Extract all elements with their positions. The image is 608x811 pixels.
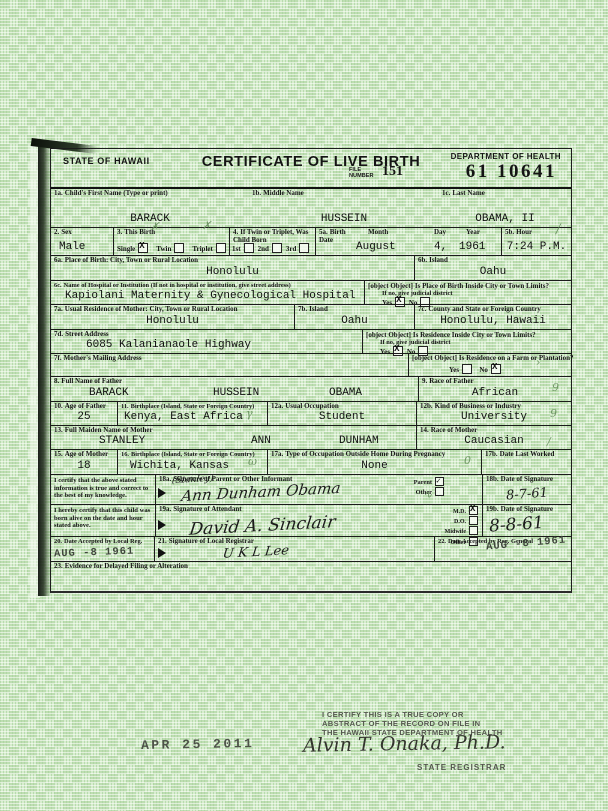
field-label: 10.Age of Father: [54, 403, 116, 411]
birth-month: August: [356, 241, 396, 253]
field-value: Honolulu, Hawaii: [415, 315, 571, 327]
field-label: 16.Birthplace (Island, State or Foreign …: [121, 451, 266, 459]
field-label: 9.Race of Father: [422, 378, 570, 386]
local-registrar-signature: U K L Lee: [222, 543, 290, 561]
field-label: 11.Birthplace (Island, State or Foreign …: [121, 403, 266, 411]
checkbox-2nd: [272, 243, 282, 253]
field-label: 6b.Island: [418, 257, 570, 265]
field-label: 6c.Name of Hospital or Institution (If n…: [54, 282, 363, 290]
field-parent-signature: 18a.Signature of Parent or Other Informa…: [155, 475, 482, 504]
field-hour: 5b.Hour 7:24 P.M.: [501, 228, 571, 255]
file-number-label: FILE NUMBER: [349, 167, 374, 179]
field-twin-order: 4.If Twin or Triplet, Was Child Born 1st…: [229, 228, 315, 255]
birth-day: 4,: [434, 241, 447, 253]
file-number-value: 151: [382, 164, 403, 180]
checkbox-md: X: [469, 506, 478, 515]
field-mailing-address: 7f.Mother's Mailing Address: [51, 354, 408, 376]
field-value: Male: [51, 241, 113, 253]
row-delayed-filing: 23.Evidence for Delayed Filing or Altera…: [51, 561, 571, 591]
pen-mark: 9: [552, 381, 559, 394]
certificate-header: STATE OF HAWAII CERTIFICATE OF LIVE BIRT…: [51, 149, 571, 187]
certificate-number: 61 10641: [466, 161, 557, 183]
field-city-limits-birth: [object Object]Is Place of Birth Inside …: [364, 281, 571, 304]
field-label: 1b.Middle Name: [252, 190, 438, 198]
father-last: OBAMA: [329, 387, 362, 399]
checkbox-twin: [174, 243, 184, 253]
row-mother-details: 15.Age of Mother 18 16.Birthplace (Islan…: [51, 449, 571, 474]
field-value: Student: [268, 411, 416, 423]
checkbox-single: X: [138, 243, 148, 253]
field-father-industry: 12b.Kind of Business or Industry Univers…: [416, 402, 571, 425]
mother-first: STANLEY: [99, 435, 145, 447]
field-value: Wichita, Kansas: [118, 460, 267, 472]
field-label: 1c.Last Name: [442, 190, 570, 198]
field-value: Honolulu: [51, 315, 294, 327]
twin-order-options: 1st2nd3rd: [232, 243, 311, 253]
checkbox-other: [435, 487, 444, 496]
header-cell: STATE OF HAWAII CERTIFICATE OF LIVE BIRT…: [51, 149, 571, 187]
field-label: 1a.Child's First Name (Type or print): [54, 190, 248, 198]
checkbox-1st: [244, 243, 254, 253]
pen-mark: /: [547, 435, 551, 448]
row-mother-residence: 7a.Usual Residence of Mother: City, Town…: [51, 304, 571, 329]
row-mailing-address: 7f.Mother's Mailing Address [object Obje…: [51, 353, 571, 376]
field-value: OBAMA, II: [439, 213, 571, 225]
arrow-marker: [158, 520, 166, 530]
field-mother-name: 13.Full Maiden Name of Mother STANLEY AN…: [51, 426, 416, 449]
field-island: 6b.Island Oahu: [414, 256, 571, 280]
field-mother-residence: 7a.Usual Residence of Mother: City, Town…: [51, 305, 294, 329]
field-sex: 2.Sex Male: [51, 228, 113, 255]
field-this-birth: 3.This Birth SingleXTwinTriplet: [113, 228, 229, 255]
field-label: 17b.Date Last Worked: [485, 451, 570, 459]
mother-last: DUNHAM: [339, 435, 379, 447]
checkbox-triplet: [216, 243, 226, 253]
field-label: 3.This Birth: [117, 229, 228, 237]
field-father-birthplace: 11.Birthplace (Island, State or Foreign …: [117, 402, 267, 425]
field-birth-date: 5a.Birth Date Month Day Year August 4, 1…: [315, 228, 501, 255]
pen-mark: γ: [246, 407, 253, 420]
field-value: 8-8-61: [482, 511, 571, 537]
pen-mark: 0: [464, 454, 471, 467]
field-value: 8-7-61: [483, 484, 572, 505]
received-date-stamp: APR 25 2011: [141, 736, 255, 753]
row-street-address: 7d.Street Address 6085 Kalanianaole High…: [51, 329, 571, 353]
pen-mark: ›: [536, 356, 540, 369]
field-father-name: 8.Full Name of Father BARACK HUSSEIN OBA…: [51, 377, 418, 401]
arrow-marker: [158, 548, 166, 558]
field-label: 20.Date Accepted by Local Reg.: [54, 538, 153, 546]
field-attendant-signature-date: 19b.Date of Signature 8-8-61: [482, 505, 571, 536]
field-label: 6a.Place of Birth: City, Town or Rural L…: [54, 257, 413, 265]
field-label: 2.Sex: [54, 229, 112, 237]
signature-overwrite: (Stanley): [171, 474, 214, 486]
state-registrar-title: STATE REGISTRAR: [417, 763, 506, 772]
field-sublabel: If no, give judicial district: [380, 339, 568, 346]
field-sublabel: If no, give judicial district: [382, 290, 568, 297]
field-father-age: 10.Age of Father 25: [51, 402, 117, 425]
field-reg-general-date: 22.Date Accepted by Reg. General AUG -8 …: [434, 537, 571, 561]
field-label: 7a.Usual Residence of Mother: City, Town…: [54, 306, 293, 314]
row-hospital: 6c.Name of Hospital or Institution (If n…: [51, 280, 571, 304]
field-date-last-worked: 17b.Date Last Worked: [481, 450, 571, 474]
field-value: None: [268, 460, 481, 472]
this-birth-options: SingleXTwinTriplet: [117, 243, 234, 253]
row-father-name: 8.Full Name of Father BARACK HUSSEIN OBA…: [51, 376, 571, 401]
pen-mark: ✗: [150, 220, 159, 233]
certify-statement-attendant: I hereby certify that this child was bor…: [51, 505, 155, 536]
field-delayed-filing: 23.Evidence for Delayed Filing or Altera…: [51, 562, 571, 591]
field-label: 5a.Birth Date: [319, 229, 349, 244]
field-label: 8.Full Name of Father: [54, 378, 417, 386]
field-value: 18: [51, 460, 117, 472]
field-value: Kenya, East Africa: [118, 411, 267, 423]
field-value: African: [419, 387, 571, 399]
field-label: 7b.Island: [298, 306, 413, 314]
field-label: 14.Race of Mother: [420, 427, 570, 435]
field-hospital: 6c.Name of Hospital or Institution (If n…: [51, 281, 364, 304]
row-father-details: 10.Age of Father 25 11.Birthplace (Islan…: [51, 401, 571, 425]
field-county-state: 7c.County and State or Foreign Country H…: [414, 305, 571, 329]
field-label: 7d.Street Address: [54, 331, 361, 339]
field-city-limits-residence: [object Object]Is Residence Inside City …: [362, 330, 571, 353]
birth-year: 1961: [459, 241, 485, 253]
field-value: Honolulu: [51, 266, 414, 278]
checkbox-yes: [462, 364, 472, 374]
checkbox-no: X: [491, 364, 501, 374]
pen-mark: ✗: [202, 219, 211, 232]
year-label: Year: [466, 229, 500, 237]
field-mother-occupation: 17a.Type of Occupation Outside Home Duri…: [267, 450, 481, 474]
checkbox-parent: ✓: [435, 477, 444, 486]
mother-middle: ANN: [251, 435, 271, 447]
row-mother-name: 13.Full Maiden Name of Mother STANLEY AN…: [51, 425, 571, 449]
field-label: 18b.Date of Signature: [486, 476, 570, 484]
field-value: 7:24 P.M.: [502, 241, 571, 253]
certify-text: I hereby certify that this child was bor…: [51, 505, 155, 532]
field-value: Oahu: [415, 266, 571, 278]
row-sex-birthdate: 2.Sex Male 3.This Birth SingleXTwinTripl…: [51, 227, 571, 255]
checkbox-do: [469, 516, 478, 525]
pen-mark: ∿: [423, 488, 432, 501]
field-middle-name: 1b.Middle Name HUSSEIN: [249, 189, 439, 227]
row-attendant-signature: I hereby certify that this child was bor…: [51, 504, 571, 536]
field-label: 21.Signature of Local Registrar: [158, 538, 433, 546]
field-value: Oahu: [295, 315, 414, 327]
field-label: 15.Age of Mother: [54, 451, 116, 459]
field-label: 17a.Type of Occupation Outside Home Duri…: [271, 451, 480, 459]
field-mother-age: 15.Age of Mother 18: [51, 450, 117, 474]
field-label: 12a.Usual Occupation: [271, 403, 415, 411]
field-local-registrar-signature: 21.Signature of Local Registrar U K L Le…: [154, 537, 434, 561]
state-registrar-signature: Alvin T. Onaka, Ph.D.: [303, 731, 506, 757]
certificate-form: STATE OF HAWAII CERTIFICATE OF LIVE BIRT…: [50, 148, 572, 593]
row-registrar: 20.Date Accepted by Local Reg. AUG -8 19…: [51, 536, 571, 561]
field-label: 4.If Twin or Triplet, Was Child Born: [233, 229, 314, 244]
row-place-of-birth: 6a.Place of Birth: City, Town or Rural L…: [51, 255, 571, 280]
field-local-reg-date: 20.Date Accepted by Local Reg. AUG -8 19…: [51, 537, 154, 561]
field-father-occupation: 12a.Usual Occupation Student: [267, 402, 416, 425]
field-label: 7c.County and State or Foreign Country: [418, 306, 570, 314]
father-middle: HUSSEIN: [213, 387, 259, 399]
field-value: 6085 Kalanianaole Highway: [51, 339, 362, 351]
field-place-of-birth: 6a.Place of Birth: City, Town or Rural L…: [51, 256, 414, 280]
field-value: 25: [51, 411, 117, 423]
date-stamp-local: AUG -8 1961: [54, 546, 135, 561]
field-label: 12b.Kind of Business or Industry: [420, 403, 570, 411]
field-farm-plantation: [object Object]Is Residence on a Farm or…: [408, 354, 571, 376]
father-first: BARACK: [89, 387, 129, 399]
pen-mark: 9: [550, 407, 557, 420]
field-label: 23.Evidence for Delayed Filing or Altera…: [54, 563, 570, 571]
field-attendant-signature: 19a.Signature of Attendant David A. Sinc…: [155, 505, 482, 536]
row-child-name: 1a.Child's First Name (Type or print) BA…: [51, 187, 571, 227]
department-name: DEPARTMENT OF HEALTH: [451, 152, 561, 161]
field-value: University: [417, 411, 571, 423]
field-last-name: 1c.Last Name OBAMA, II: [439, 189, 571, 227]
checkbox-midwife: [469, 526, 478, 535]
arrow-marker: [158, 488, 166, 498]
field-mother-birthplace: 16.Birthplace (Island, State or Foreign …: [117, 450, 267, 474]
field-value: HUSSEIN: [249, 213, 439, 225]
certify-statement-parent: I certify that the above stated informat…: [51, 475, 155, 504]
field-value: Kapiolani Maternity & Gynecological Hosp…: [51, 290, 364, 302]
yes-no-options: Yes NoX: [449, 364, 503, 374]
field-street-address: 7d.Street Address 6085 Kalanianaole High…: [51, 330, 362, 353]
pen-mark: ω: [248, 455, 257, 468]
field-label: 13.Full Maiden Name of Mother: [54, 427, 415, 435]
pen-mark: /: [556, 222, 560, 237]
row-parent-signature: I certify that the above stated informat…: [51, 474, 571, 504]
field-residence-island: 7b.Island Oahu: [294, 305, 414, 329]
field-label: 7f.Mother's Mailing Address: [54, 355, 407, 363]
field-father-race: 9.Race of Father African: [418, 377, 571, 401]
field-parent-signature-date: 18b.Date of Signature 8-7-61: [482, 475, 571, 504]
checkbox-3rd: [299, 243, 309, 253]
certify-text: I certify that the above stated informat…: [51, 475, 155, 502]
